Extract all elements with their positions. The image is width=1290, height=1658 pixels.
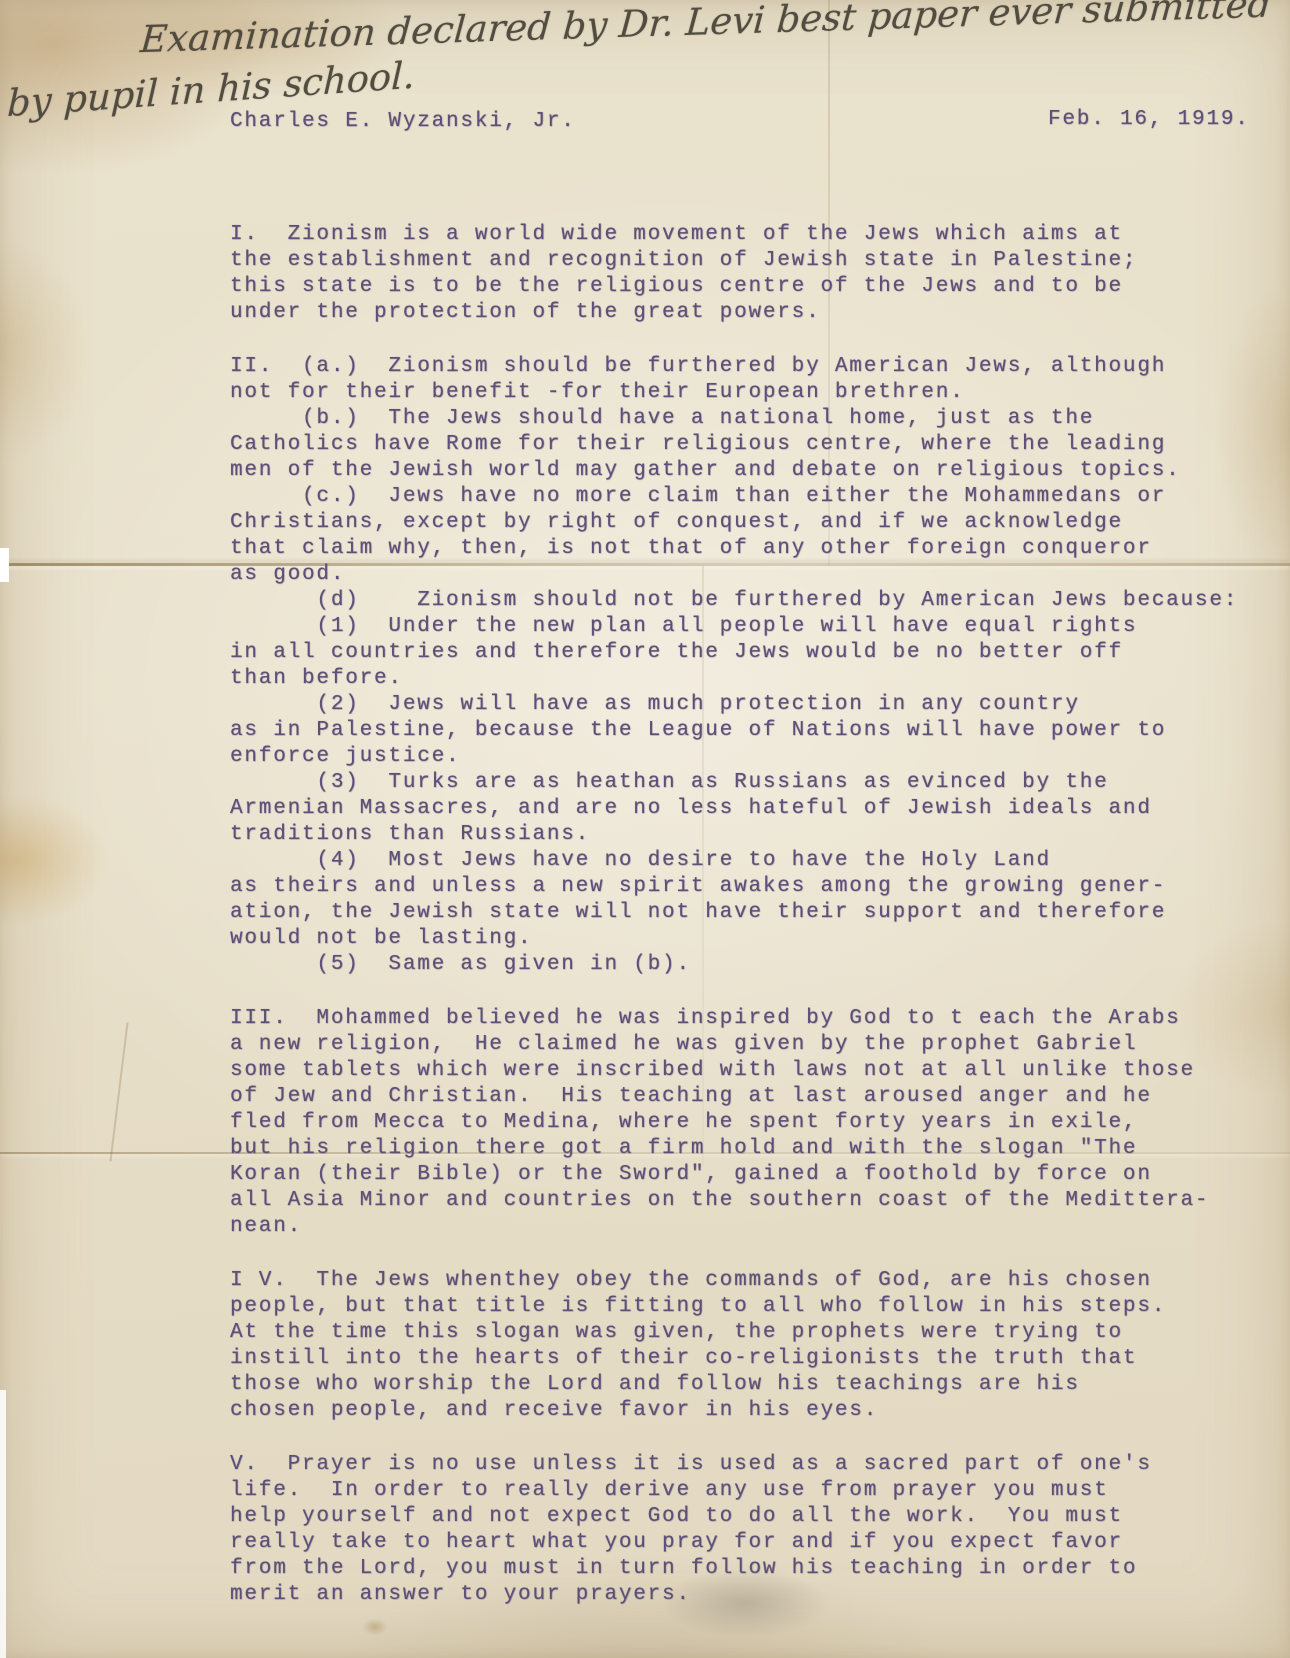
paper-edge-sliver	[0, 1390, 6, 1658]
typed-body: I. Zionism is a world wide movement of t…	[230, 222, 1260, 1636]
section-II: II. (a.) Zionism should be furthered by …	[230, 354, 1260, 978]
torn-paper-edge-notch	[0, 548, 9, 582]
section-III: III. Mohammed believed he was inspired b…	[230, 1006, 1260, 1240]
handwritten-annotation-line1: Examination declared by Dr. Levi best pa…	[139, 0, 1273, 61]
section-IV: I V. The Jews whenthey obey the commands…	[230, 1268, 1260, 1424]
author-name: Charles E. Wyzanski, Jr.	[230, 110, 576, 133]
section-I: I. Zionism is a world wide movement of t…	[230, 222, 1260, 326]
section-V: V. Prayer is no use unless it is used as…	[230, 1452, 1260, 1608]
document-date: Feb. 16, 1919.	[1048, 108, 1250, 131]
document-scan-page: Examination declared by Dr. Levi best pa…	[0, 0, 1290, 1658]
wrinkle-line-left	[109, 1022, 128, 1161]
